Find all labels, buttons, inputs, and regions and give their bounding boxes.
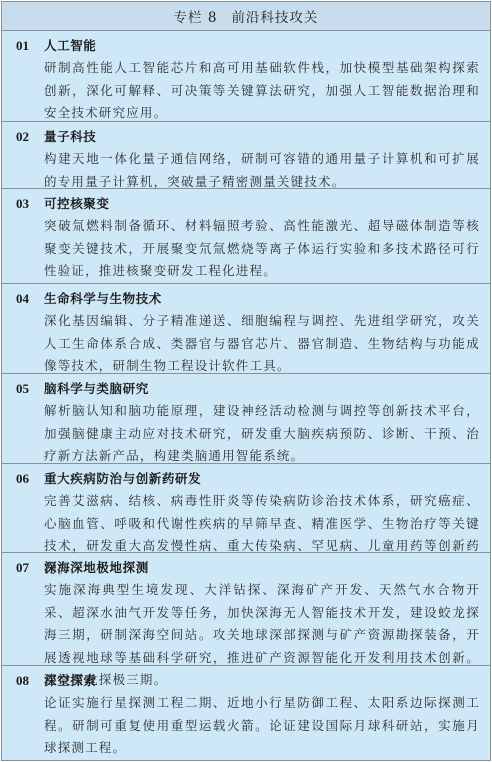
item-disease-drugs: 06 重大疾病防治与创新药研发 完善艾滋病、结核、病毒性肝炎等传染病防诊治技术体… [2,464,490,553]
box-title: 前沿科技攻关 [231,6,318,26]
item-number: 07 [16,557,44,579]
item-number: 05 [16,378,44,400]
item-heading: 深空探索 [44,670,96,692]
item-ai: 01 人工智能 研制高性能人工智能芯片和高可用基础软件栈，加快模型基础架构探索创… [2,31,490,122]
box-header: 专栏 8 前沿科技攻关 [2,2,490,31]
item-deep-sea-earth-polar: 07 深海深地极地探测 实施深海典型生境发现、大洋钻探、深海矿产开发、天然气水合… [2,553,490,666]
item-number: 03 [16,193,44,215]
item-number: 04 [16,288,44,310]
item-heading: 生命科学与生物技术 [44,288,162,310]
item-body: 构建天地一体化量子通信网络，研制可容错的通用量子计算机和可扩展的专用量子计算机，… [44,148,480,193]
item-heading: 重大疾病防治与创新药研发 [44,468,201,490]
item-life-science: 04 生命科学与生物技术 深化基因编辑、分子精准递送、细胞编程与调控、先进组学研… [2,284,490,374]
item-body: 深化基因编辑、分子精准递送、细胞编程与调控、先进组学研究，攻关人工生命体系合成、… [44,310,480,378]
item-body: 论证实施行星探测工程二期、近地小行星防御工程、太阳系边际探测工程。研制可重复使用… [44,692,480,760]
feature-box: 专栏 8 前沿科技攻关 01 人工智能 研制高性能人工智能芯片和高可用基础软件栈… [1,1,491,761]
item-fusion: 03 可控核聚变 突破氚燃料制备循环、材料辐照考验、高性能激光、超导磁体制造等核… [2,189,490,284]
item-brain-science: 05 脑科学与类脑研究 解析脑认知和脑功能原理，建设神经活动检测与调控等创新技术… [2,374,490,464]
item-heading: 脑科学与类脑研究 [44,378,149,400]
item-heading: 深海深地极地探测 [44,557,149,579]
item-number: 02 [16,126,44,148]
item-heading: 量子科技 [44,126,96,148]
item-body: 研制高性能人工智能芯片和高可用基础软件栈，加快模型基础架构探索创新，深化可解释、… [44,57,480,125]
item-quantum: 02 量子科技 构建天地一体化量子通信网络，研制可容错的通用量子计算机和可扩展的… [2,122,490,189]
box-label: 专栏 8 [174,6,218,26]
item-heading: 可控核聚变 [44,193,110,215]
item-number: 08 [16,670,44,692]
item-body: 突破氚燃料制备循环、材料辐照考验、高性能激光、超导磁体制造等核聚变关键技术，开展… [44,215,480,283]
item-heading: 人工智能 [44,35,96,57]
item-number: 06 [16,468,44,490]
item-number: 01 [16,35,44,57]
item-body: 解析脑认知和脑功能原理，建设神经活动检测与调控等创新技术平台，加强脑健康主动应对… [44,400,480,468]
item-deep-space: 08 深空探索 论证实施行星探测工程二期、近地小行星防御工程、太阳系边际探测工程… [2,666,490,760]
